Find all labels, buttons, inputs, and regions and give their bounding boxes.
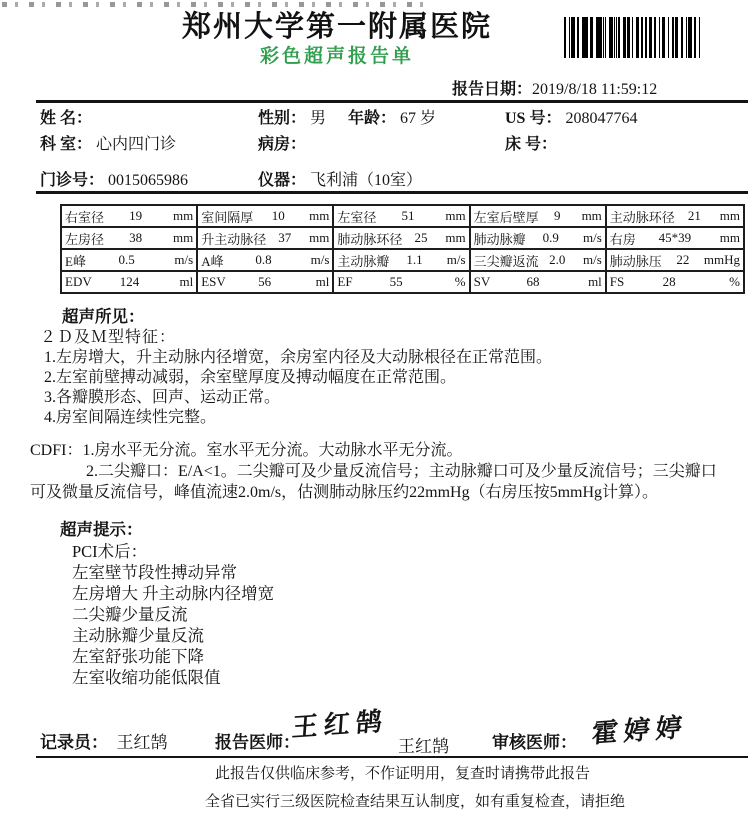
outpatient-number-field: 门诊号：0015065986 — [40, 167, 188, 190]
measurement-value: 0.8 — [224, 252, 304, 268]
age-value: 67 岁 — [400, 110, 436, 127]
measurement-table: 右室径19mm 室间隔厚10mm 左室径51mm 左室后壁厚9mm 主动脉环径2… — [60, 204, 745, 294]
department-label: 科 室： — [40, 136, 92, 153]
measurement-unit: mm — [303, 208, 329, 224]
measurement-unit: mm — [714, 230, 740, 246]
reviewer-signature: 霍婷婷 — [591, 707, 689, 751]
gender-value: 男 — [310, 110, 326, 127]
impression-item-3: 左房增大 升主动脉内径增宽 — [72, 583, 752, 604]
measurement-label: 肺动脉瓣 — [474, 229, 526, 248]
reporter-label: 报告医师： — [215, 733, 300, 752]
measurement-value: 2.0 — [539, 252, 576, 268]
reporter-label-field: 报告医师： — [215, 728, 300, 753]
measurement-label: 左室径 — [337, 207, 376, 226]
recorder-value: 王红鹄 — [117, 733, 168, 752]
measurement-cell: E峰0.5m/s — [62, 250, 198, 272]
measurement-value: 124 — [92, 274, 167, 290]
age-field: 年龄：67 岁 — [348, 105, 436, 128]
gender-field: 性别：男 — [258, 105, 326, 128]
measurement-value: 22 — [662, 252, 704, 268]
impression-item-6: 左室舒张功能下降 — [72, 646, 752, 667]
us-number-field: US 号：208047764 — [505, 105, 637, 128]
measurement-value: 10 — [253, 208, 303, 224]
measurement-cell: 主动脉环径21mm — [607, 206, 743, 228]
measurement-value: 21 — [675, 208, 714, 224]
barcode-image — [564, 17, 700, 58]
measurement-cell: 主动脉瓣1.1m/s — [334, 250, 470, 272]
measurement-label: EDV — [65, 274, 92, 290]
spacer — [0, 155, 752, 165]
device-label: 仪器： — [258, 172, 306, 189]
measurement-label: 升主动脉径 — [201, 229, 266, 248]
reporter-value: 王红鹄 — [398, 732, 449, 757]
findings-heading: 超声所见： — [62, 303, 752, 327]
recorder-label: 记录员： — [40, 733, 108, 752]
impression-heading: 超声提示： — [60, 516, 752, 540]
measurement-cell: 右房45*39mm — [607, 228, 743, 250]
department-value: 心内四门诊 — [96, 136, 176, 153]
measurement-cell: SV68ml — [471, 272, 607, 292]
measurement-cell: 肺动脉环径25mm — [334, 228, 470, 250]
measurement-value: 0.5 — [86, 252, 167, 268]
divider-info-bottom — [36, 191, 748, 194]
measurement-cell: 左室后壁厚9mm — [471, 206, 607, 228]
measurement-unit: m/s — [576, 230, 602, 246]
signature-row: 记录员： 王红鹄 报告医师： 王红鹄 王红鹄 审核医师： 霍婷婷 — [0, 720, 752, 756]
recorder-field: 记录员： 王红鹄 — [40, 728, 168, 753]
cdfi-line-1: CDFI：1.房水平无分流。室水平无分流。大动脉水平无分流。 — [30, 440, 732, 461]
patient-info-row-2: 科 室：心内四门诊 病房： 床 号： — [0, 129, 752, 155]
measurement-cell: 左房径38mm — [62, 228, 198, 250]
ward-field: 病房： — [258, 131, 310, 154]
findings-item-1: 1.左房增大，升主动脉内径增宽，余房室内径及大动脉根径在正常范围。 — [44, 348, 752, 368]
measurement-unit: mm — [167, 208, 193, 224]
measurement-unit: mm — [167, 230, 193, 246]
measurement-label: FS — [610, 274, 624, 290]
footer-note-2: 全省已实行三级医院检查结果互认制度，如有重复检查，请拒绝 — [205, 793, 752, 812]
measurement-label: SV — [474, 274, 491, 290]
impression-item-4: 二尖瓣少量反流 — [72, 604, 752, 625]
measurement-unit: ml — [576, 274, 602, 290]
report-date-label: 报告日期： — [452, 81, 532, 98]
measurement-cell: 左室径51mm — [334, 206, 470, 228]
measurement-value: 55 — [353, 274, 440, 290]
ward-label: 病房： — [258, 136, 306, 153]
us-number-label: US 号： — [505, 110, 561, 127]
measurement-value: 45*39 — [636, 230, 714, 246]
measurement-cell: 三尖瓣返流2.0m/s — [471, 250, 607, 272]
patient-name-field: 姓 名： — [40, 105, 96, 128]
reviewer-label: 审核医师： — [492, 733, 577, 752]
report-date-row: 报告日期：2019/8/18 11:59:12 — [0, 80, 752, 100]
measurement-unit: m/s — [440, 252, 466, 268]
measurement-label: ESV — [201, 274, 226, 290]
patient-info: 姓 名： 性别：男 年龄：67 岁 US 号：208047764 科 室：心内四… — [0, 103, 752, 191]
us-number-value: 208047764 — [565, 110, 637, 127]
reporter-signature: 王红鹄 — [291, 701, 389, 745]
measurement-label: 右房 — [610, 229, 636, 248]
measurement-cell: FS28% — [607, 272, 743, 292]
measurement-unit: mm — [576, 208, 602, 224]
measurement-label: 肺动脉环径 — [337, 229, 402, 248]
cdfi-line-2: 2.二尖瓣口：E/A<1。二尖瓣可及少量反流信号；主动脉瓣口可及少量反流信号；三… — [30, 461, 732, 503]
measurement-unit: mm — [714, 208, 740, 224]
measurement-label: A峰 — [201, 251, 223, 270]
outpatient-number-label: 门诊号： — [40, 172, 104, 189]
measurement-cell: 室间隔厚10mm — [198, 206, 334, 228]
measurement-value: 38 — [104, 230, 167, 246]
findings-item-3: 3.各瓣膜形态、回声、运动正常。 — [44, 388, 752, 408]
measurement-label: 左房径 — [65, 229, 104, 248]
impression-item-7: 左室收缩功能低限值 — [72, 667, 752, 688]
measurement-label: 肺动脉压 — [610, 251, 662, 270]
department-field: 科 室：心内四门诊 — [40, 131, 176, 154]
measurement-cell: EDV124ml — [62, 272, 198, 292]
measurement-value: 1.1 — [389, 252, 439, 268]
measurement-label: EF — [337, 274, 352, 290]
impression-item-1: PCI术后： — [72, 541, 752, 562]
measurement-unit: mm — [303, 230, 329, 246]
findings-subheading: ２Ｄ及Ｍ型特征： — [40, 328, 752, 348]
device-value: 飞利浦（10室） — [310, 172, 422, 189]
measurement-cell: 升主动脉径37mm — [198, 228, 334, 250]
measurement-unit: m/s — [167, 252, 193, 268]
bed-number-label: 床 号： — [505, 136, 557, 153]
device-field: 仪器：飞利浦（10室） — [258, 167, 422, 190]
footer-note-1: 此报告仅供临床参考，不作证明用，复查时请携带此报告 — [215, 765, 752, 784]
patient-info-row-3: 门诊号：0015065986 仪器：飞利浦（10室） — [0, 165, 752, 191]
report-date-value: 2019/8/18 11:59:12 — [532, 81, 657, 98]
reviewer-label-field: 审核医师： — [492, 728, 577, 753]
measurement-label: 室间隔厚 — [201, 207, 253, 226]
measurement-cell: A峰0.8m/s — [198, 250, 334, 272]
measurement-unit: m/s — [303, 252, 329, 268]
bed-number-field: 床 号： — [505, 131, 561, 154]
measurement-label: 三尖瓣返流 — [474, 251, 539, 270]
measurement-unit: mm — [440, 230, 466, 246]
measurement-cell: 肺动脉压22mmHg — [607, 250, 743, 272]
measurement-unit: m/s — [576, 252, 602, 268]
measurement-unit: % — [440, 274, 466, 290]
measurement-unit: mmHg — [704, 252, 740, 268]
divider-signature — [36, 756, 748, 758]
ultrasound-report-page: 郑州大学第一附属医院 彩色超声报告单 报告日期：2019/8/18 11:59:… — [0, 0, 752, 835]
measurement-value: 9 — [539, 208, 576, 224]
measurement-cell: 肺动脉瓣0.9m/s — [471, 228, 607, 250]
measurement-label: 右室径 — [65, 207, 104, 226]
findings-item-4: 4.房室间隔连续性完整。 — [44, 408, 752, 428]
measurement-value: 19 — [104, 208, 167, 224]
measurement-label: E峰 — [65, 251, 86, 270]
patient-name-label: 姓 名： — [40, 110, 92, 127]
measurement-unit: ml — [303, 274, 329, 290]
measurement-label: 主动脉瓣 — [337, 251, 389, 270]
measurement-label: 左室后壁厚 — [474, 207, 539, 226]
impression-item-5: 主动脉瓣少量反流 — [72, 625, 752, 646]
cropped-text-fragments — [2, 2, 432, 7]
gender-label: 性别： — [258, 110, 306, 127]
measurement-cell: 右室径19mm — [62, 206, 198, 228]
measurement-label: 主动脉环径 — [610, 207, 675, 226]
report-header: 郑州大学第一附属医院 彩色超声报告单 — [0, 9, 752, 75]
measurement-value: 68 — [490, 274, 576, 290]
measurement-value: 28 — [624, 274, 714, 290]
outpatient-number-value: 0015065986 — [108, 172, 188, 189]
measurement-unit: mm — [440, 208, 466, 224]
measurement-cell: ESV56ml — [198, 272, 334, 292]
measurement-value: 0.9 — [526, 230, 576, 246]
measurement-value: 56 — [226, 274, 304, 290]
measurement-unit: % — [714, 274, 740, 290]
findings-item-2: 2.左室前壁搏动减弱，余室壁厚度及搏动幅度在正常范围。 — [44, 368, 752, 388]
cdfi-section: CDFI：1.房水平无分流。室水平无分流。大动脉水平无分流。 2.二尖瓣口：E/… — [30, 440, 732, 503]
measurement-value: 37 — [266, 230, 303, 246]
measurement-unit: ml — [167, 274, 193, 290]
measurement-value: 25 — [402, 230, 439, 246]
patient-info-row-1: 姓 名： 性别：男 年龄：67 岁 US 号：208047764 — [0, 103, 752, 129]
measurement-cell: EF55% — [334, 272, 470, 292]
measurement-value: 51 — [376, 208, 439, 224]
impression-item-2: 左室壁节段性搏动异常 — [72, 562, 752, 583]
age-label: 年龄： — [348, 110, 396, 127]
